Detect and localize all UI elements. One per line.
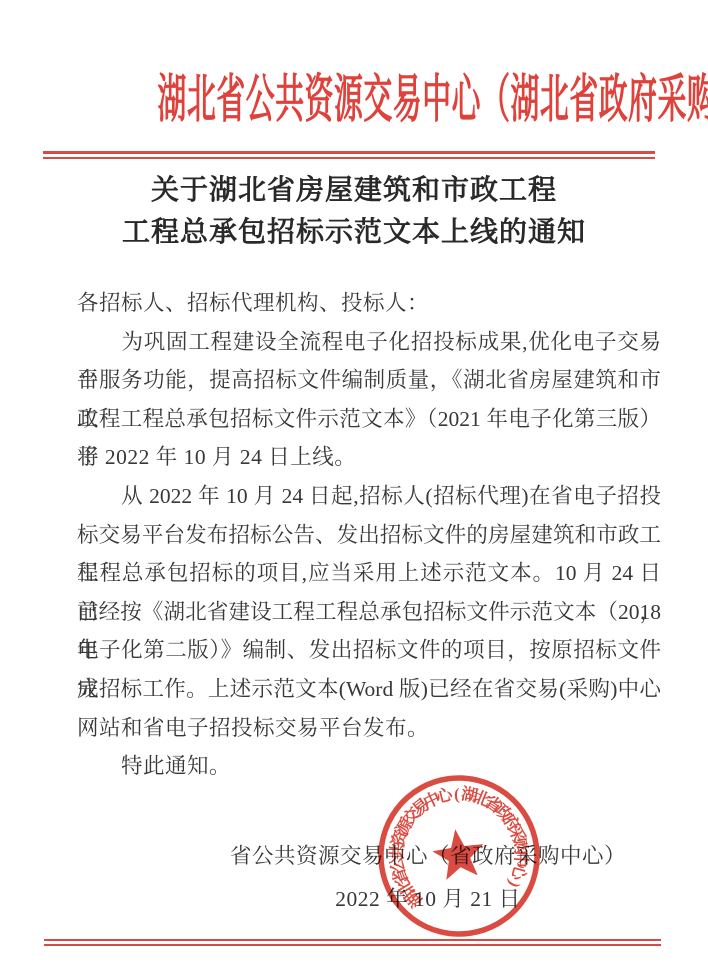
seal-char: 心 (434, 784, 455, 808)
document-body: 各招标人、招标代理机构、投标人： 为巩固工程建设全流程电子化招投标成果,优化电子… (77, 284, 661, 786)
document-page: 湖北省公共资源交易中心（湖北省政府采购中心） 关于湖北省房屋建筑和市政工程 工程… (0, 0, 708, 975)
notice-title-line1: 关于湖北省房屋建筑和市政工程 (0, 170, 708, 212)
body-line: 电子化第二版）》编制、发出招标文件的项目，按原招标文件完 (77, 631, 661, 670)
body-line: 台服务功能，提高招标文件编制质量，《湖北省房屋建筑和市政 (77, 361, 661, 400)
body-line: 已经按《湖北省建设工程工程总承包招标文件示范文本（2018 年 (77, 593, 661, 632)
seal-group: 湖北省公共资源交易中心(湖北省政府采购中心) (371, 768, 547, 944)
body-line: 于 2022 年 10 月 24 日上线。 (77, 438, 661, 477)
org-header: 湖北省公共资源交易中心（湖北省政府采购中心） (158, 62, 551, 140)
notice-title: 关于湖北省房屋建筑和市政工程 工程总承包招标示范文本上线的通知 (0, 170, 708, 254)
footer-rule (44, 939, 661, 946)
body-line-salutation: 各招标人、招标代理机构、投标人： (77, 284, 661, 323)
body-line: 网站和省电子招投标交易平台发布。 (77, 709, 661, 748)
body-line: 成招标工作。上述示范文本(Word 版)已经在省交易(采购)中心 (77, 670, 661, 709)
body-line: 标交易平台发布招标公告、发出招标文件的房屋建筑和市政工程 (77, 516, 661, 555)
body-line: 工程总承包招标的项目,应当采用上述示范文本。10 月 24 日前， (77, 554, 661, 593)
seal-star (430, 826, 488, 882)
official-seal: 湖北省公共资源交易中心(湖北省政府采购中心) (364, 761, 554, 951)
body-line: 从 2022 年 10 月 24 日起,招标人(招标代理)在省电子招投 (77, 477, 661, 516)
header-rule (43, 151, 655, 159)
seal-char: ( (454, 784, 460, 803)
notice-title-line2: 工程总承包招标示范文本上线的通知 (0, 212, 708, 254)
body-line: 工程工程总承包招标文件示范文本》（2021 年电子化第三版）将 (77, 400, 661, 439)
body-line: 为巩固工程建设全流程电子化招投标成果,优化电子交易平 (77, 323, 661, 362)
